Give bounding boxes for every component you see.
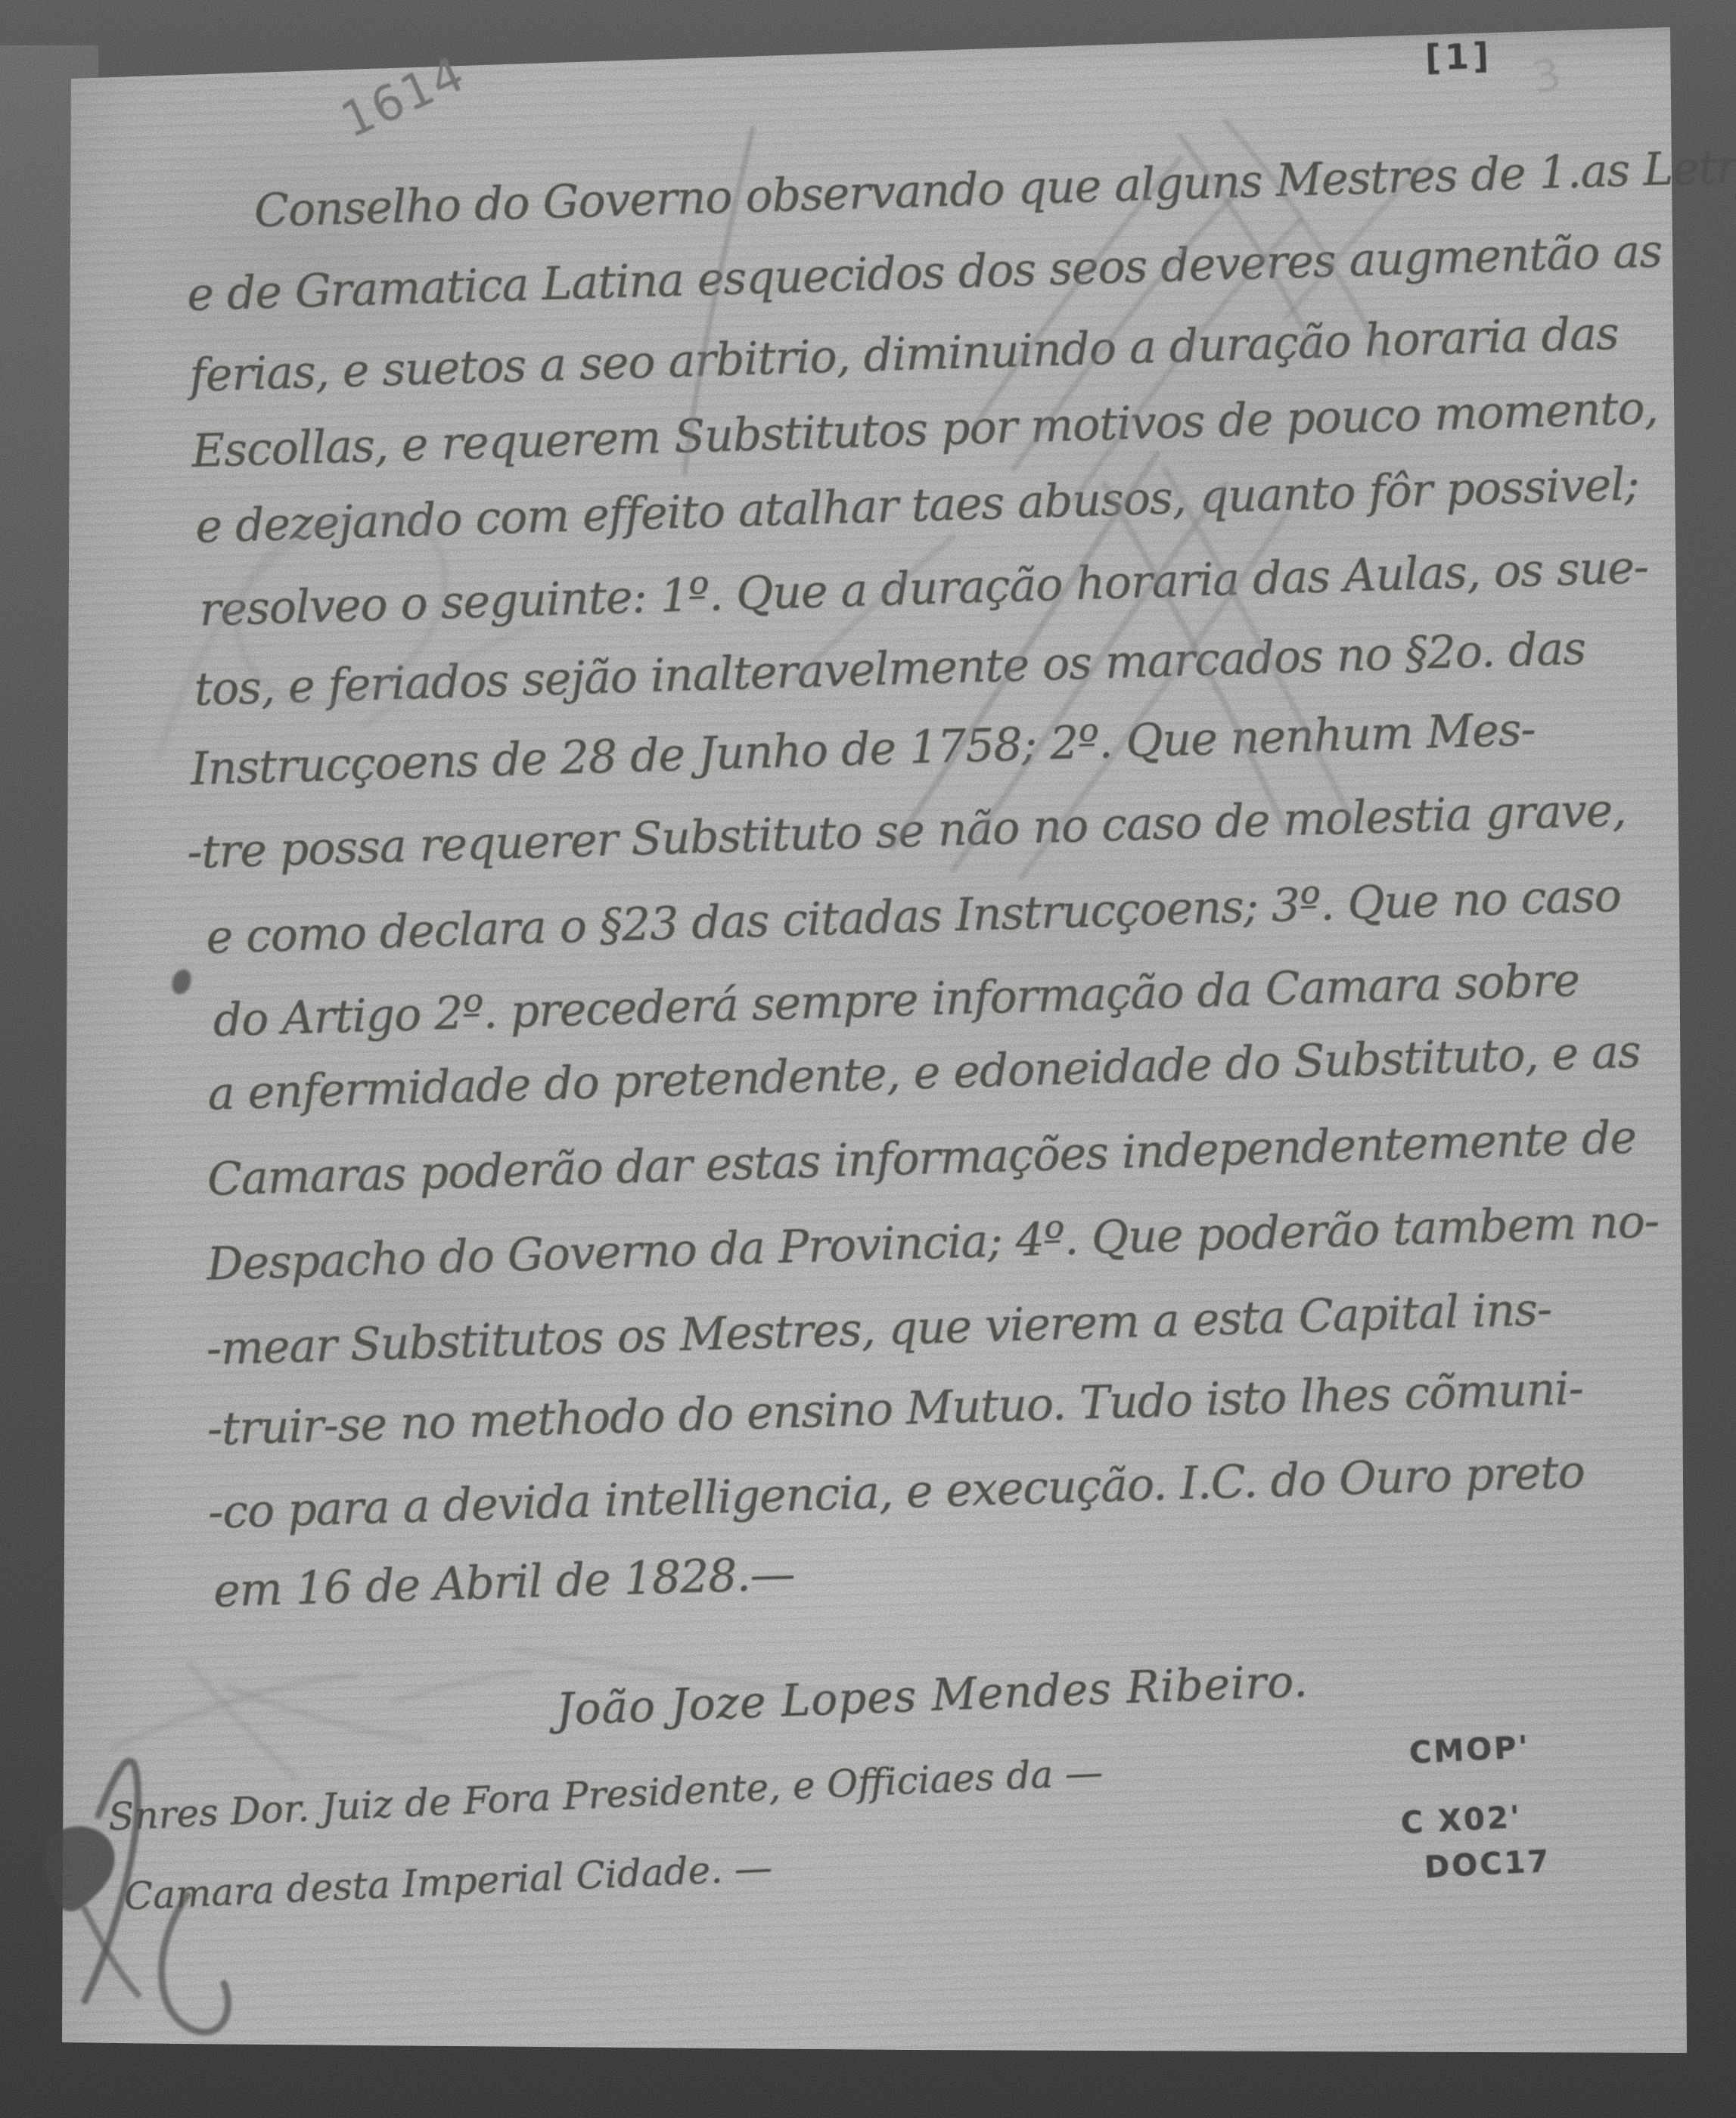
manuscript-line: Camaras poderão dar estas informações in… xyxy=(207,1115,1636,1203)
manuscript-line: -tre possa requerer Substituto se não no… xyxy=(186,787,1626,875)
scanned-manuscript-page: 1614 [1] 3 Conselho do Governo observand… xyxy=(0,0,1736,2118)
manuscript-line: -co para a devida intelligencia, e execu… xyxy=(207,1449,1585,1536)
manuscript-line: -mear Substitutos os Mestres, que vierem… xyxy=(206,1287,1552,1372)
archive-reference-line: C X02' xyxy=(1400,1800,1523,1840)
manuscript-line: ferias, e suetos a seo arbitrio, diminui… xyxy=(189,311,1620,399)
manuscript-line: e como declara o §23 das citadas Instruc… xyxy=(206,873,1622,960)
manuscript-line: Escollas, e requerem Substitutos por mot… xyxy=(191,385,1659,474)
manuscript-line: Despacho do Governo da Provincia; 4º. Qu… xyxy=(207,1199,1660,1287)
manuscript-line: do Artigo 2º. precederá sempre informaçã… xyxy=(213,958,1580,1044)
page-number-stamp: [1] xyxy=(1424,35,1493,78)
manuscript-line: Instrucçoens de 28 de Junho de 1758; 2º.… xyxy=(190,707,1536,792)
manuscript-line: resolveo o seguinte: 1º. Que a duração h… xyxy=(199,545,1649,633)
manuscript-line: e dezejando com effeito atalhar taes abu… xyxy=(195,461,1640,550)
letter-body: Conselho do Governo observando que algun… xyxy=(183,113,1736,1654)
archive-reference-line: DOC17 xyxy=(1424,1844,1551,1886)
archive-reference-line: CMOP' xyxy=(1408,1730,1531,1771)
manuscript-line: em 16 de Abril de 1828.— xyxy=(213,1551,795,1614)
manuscript-line: tos, e feriados sejão inalteravelmente o… xyxy=(194,626,1586,713)
manuscript-line: a enfermidade do pretendente, e edoneida… xyxy=(207,1029,1641,1116)
manuscript-line: -truir-se no methodo do ensino Mutuo. Tu… xyxy=(207,1366,1584,1452)
manuscript-line: e de Gramatica Latina esquecidos dos seo… xyxy=(187,228,1663,318)
manuscript-line: Conselho do Governo observando que algun… xyxy=(253,143,1736,234)
